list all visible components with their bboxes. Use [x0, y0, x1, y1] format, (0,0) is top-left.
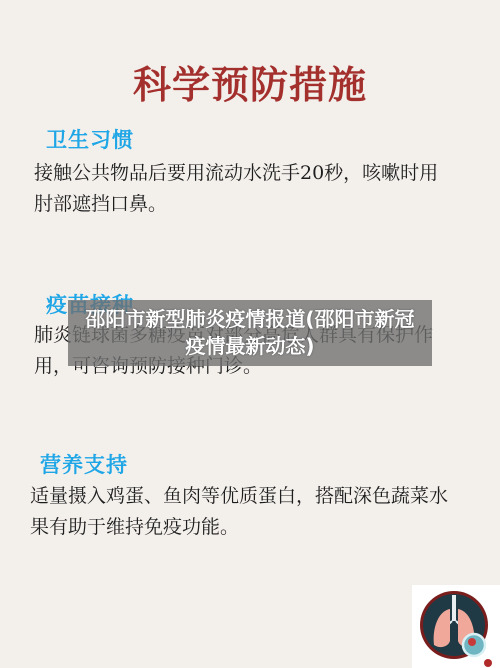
article-title[interactable]: 邵阳市新型肺炎疫情报道(邵阳市新冠疫情最新动态): [80, 306, 420, 360]
section-heading-hygiene: 卫生习惯: [46, 124, 134, 154]
section-body-hygiene: 接触公共物品后要用流动水洗手20秒，咳嗽时用肘部遮挡口鼻。: [34, 158, 454, 220]
section-body-nutrition: 适量摄入鸡蛋、鱼肉等优质蛋白，搭配深色蔬菜水果有助于维持免疫功能。: [30, 481, 450, 543]
section-heading-nutrition: 营养支持: [40, 449, 128, 479]
article-title-overlay[interactable]: 邵阳市新型肺炎疫情报道(邵阳市新冠疫情最新动态): [68, 300, 432, 366]
lung-thumbnail: [412, 585, 500, 668]
lungs-magnifier-icon: [412, 585, 500, 668]
page-title: 科学预防措施: [0, 54, 500, 109]
